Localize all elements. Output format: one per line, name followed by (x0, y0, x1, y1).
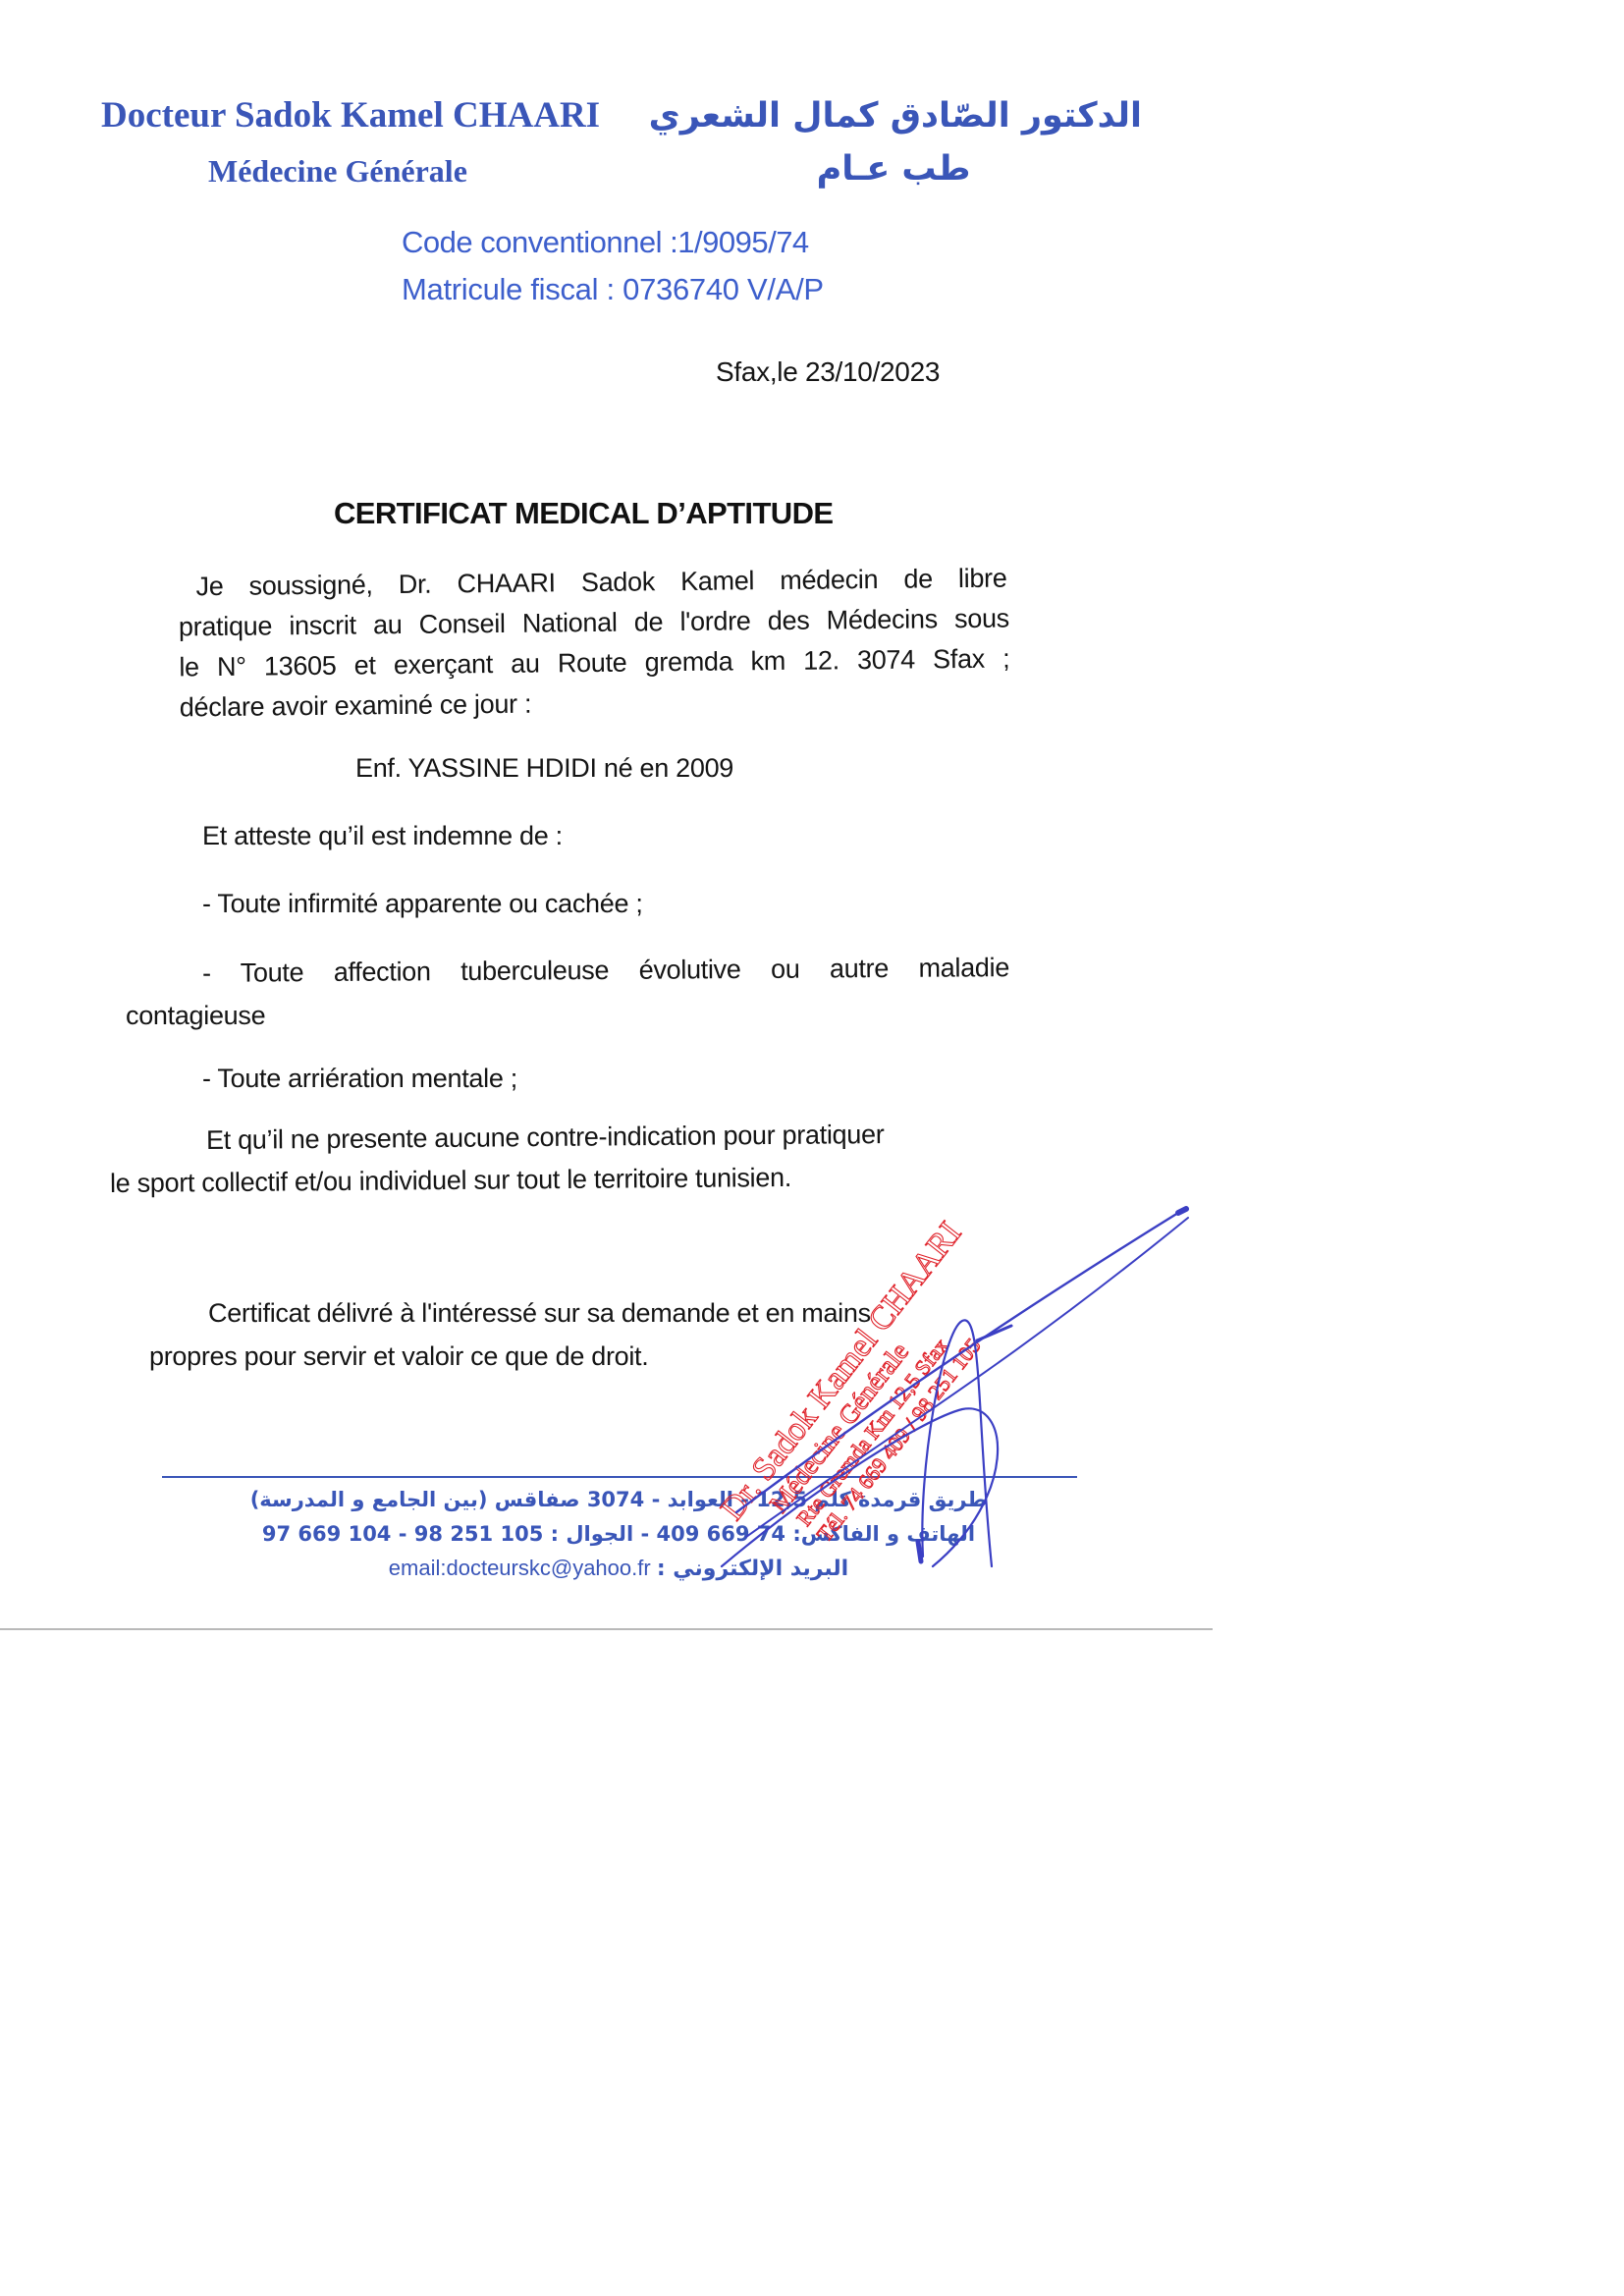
scan-edge-line (0, 1628, 1213, 1630)
intro-line: déclare avoir examiné ce jour : (180, 689, 532, 724)
doctor-name-ar: الدكتور الصّادق كمال الشعري (714, 96, 1142, 136)
item-tuberculose: - Toute affection tuberculeuse évolutive… (202, 953, 1009, 989)
certificate-title: CERTIFICAT MEDICAL D’APTITUDE (334, 496, 833, 531)
conclusion-line: le sport collectif et/ou individuel sur … (110, 1163, 791, 1199)
item-tuberculose-cont: contagieuse (126, 1001, 265, 1031)
patient-line: Enf. YASSINE HDIDI né en 2009 (355, 753, 733, 784)
footer-address: طريق قرمدة كلم 12,5 - العوابد - 3074 صفا… (236, 1488, 1001, 1511)
svg-text:Dr. Sadok Kamel CHAARI: Dr. Sadok Kamel CHAARI (717, 1215, 969, 1526)
footer-email-row: email:docteurskc@yahoo.fr البريد الإلكتر… (236, 1556, 1001, 1581)
matricule-fiscal: Matricule fiscal : 0736740 V/A/P (402, 272, 824, 307)
intro-line: pratique inscrit au Conseil National de … (179, 604, 1009, 643)
attest-line: Et atteste qu’il est indemne de : (202, 821, 563, 851)
footer-rule (162, 1476, 1077, 1478)
item-arrieration: - Toute arriération mentale ; (202, 1064, 517, 1094)
conclusion-line: Et qu’il ne presente aucune contre-indic… (206, 1120, 885, 1156)
closing-line: Certificat délivré à l'intéressé sur sa … (208, 1298, 871, 1329)
closing-line: propres pour servir et valoir ce que de … (149, 1341, 648, 1372)
code-conventionnel: Code conventionnel :1/9095/74 (402, 225, 809, 260)
footer-email-label: البريد الإلكتروني : (657, 1557, 848, 1581)
item-infirmite: - Toute infirmité apparente ou cachée ; (202, 889, 643, 919)
signature (722, 1209, 1188, 1566)
footer-email[interactable]: email:docteurskc@yahoo.fr (389, 1556, 651, 1580)
svg-text:Tél. 74 669 409 / 98 251 105: Tél. 74 669 409 / 98 251 105 (812, 1334, 986, 1547)
intro-line: le N° 13605 et exerçant au Route gremda … (179, 644, 1009, 683)
specialty-fr: Médecine Générale (208, 153, 467, 190)
doctor-name-fr: Docteur Sadok Kamel CHAARI (101, 94, 600, 137)
intro-line: Je soussigné, Dr. CHAARI Sadok Kamel méd… (195, 564, 1006, 603)
footer-phone: الهاتف و الفاكس: 74 669 409 - الجوال : 1… (236, 1522, 1001, 1546)
date-line: Sfax,le 23/10/2023 (716, 356, 940, 388)
specialty-ar: طب عـام (785, 149, 1001, 189)
